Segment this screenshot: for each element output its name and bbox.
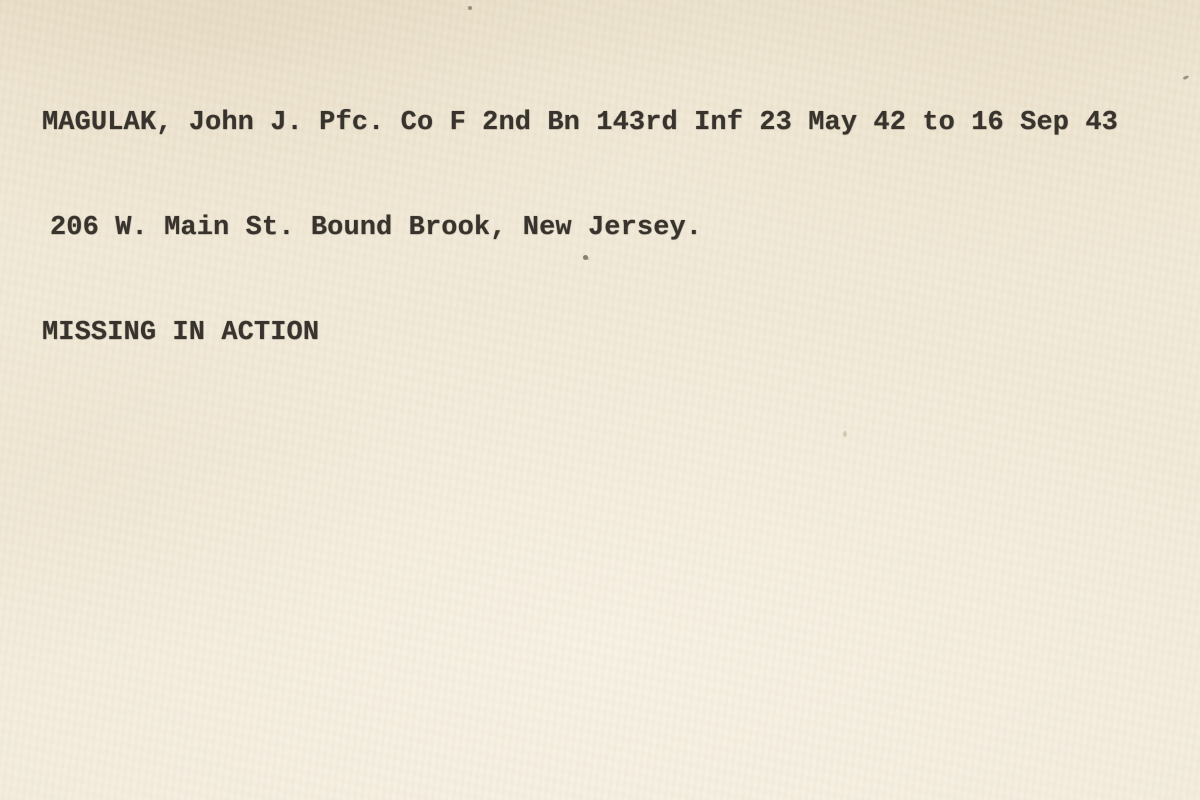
paper-speck <box>843 431 847 437</box>
typed-line-name-unit-dates: MAGULAK, John J. Pfc. Co F 2nd Bn 143rd … <box>42 106 1118 141</box>
ink-stray-mark <box>1183 75 1190 80</box>
typed-line-address: 206 W. Main St. Bound Brook, New Jersey. <box>50 211 1118 246</box>
scanned-index-card: MAGULAK, John J. Pfc. Co F 2nd Bn 143rd … <box>0 0 1200 800</box>
typed-text-block: MAGULAK, John J. Pfc. Co F 2nd Bn 143rd … <box>42 36 1118 421</box>
typed-line-status: MISSING IN ACTION <box>42 316 1118 351</box>
paper-speck <box>468 6 472 10</box>
